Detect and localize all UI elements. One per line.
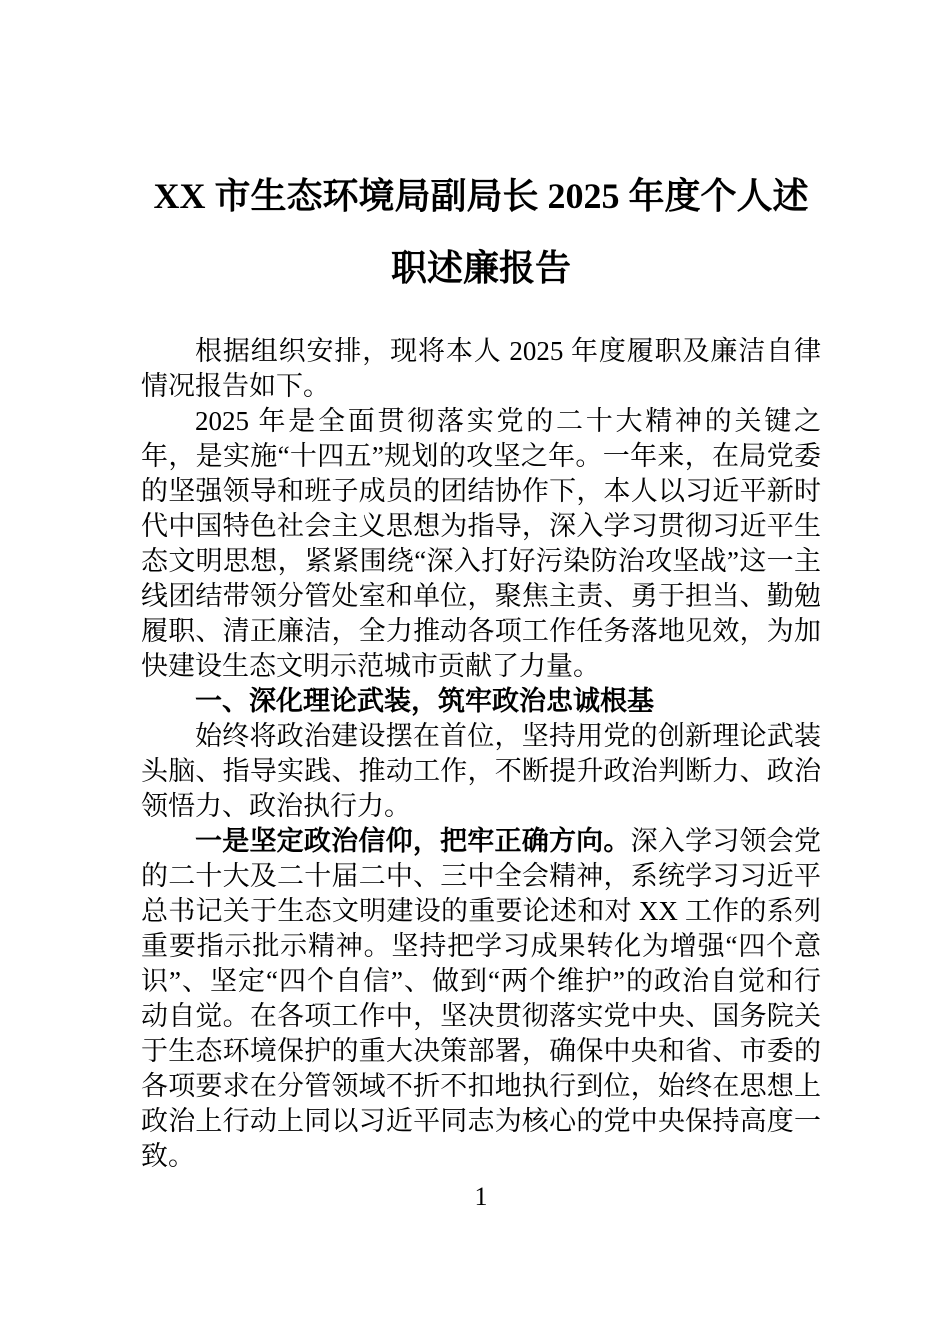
document-content: XX 市生态环境局副局长 2025 年度个人述职述廉报告 根据组织安排，现将本人… — [141, 0, 821, 1174]
page-number: 1 — [141, 1182, 821, 1212]
body-paragraph: 始终将政治建设摆在首位，坚持用党的创新理论武装头脑、指导实践、推动工作，不断提升… — [141, 719, 821, 824]
section-heading: 一、深化理论武装，筑牢政治忠诚根基 — [141, 684, 821, 719]
body-paragraph: 一是坚定政治信仰，把牢正确方向。深入学习领会党的二十大及二十届二中、三中全会精神… — [141, 824, 821, 1174]
paragraph-bold-lead: 一是坚定政治信仰，把牢正确方向。 — [195, 826, 631, 856]
document-title: XX 市生态环境局副局长 2025 年度个人述职述廉报告 — [141, 160, 821, 304]
body-paragraph: 根据组织安排，现将本人 2025 年度履职及廉洁自律情况报告如下。 — [141, 334, 821, 404]
document-page: XX 市生态环境局副局长 2025 年度个人述职述廉报告 根据组织安排，现将本人… — [0, 0, 950, 1344]
document-body: 根据组织安排，现将本人 2025 年度履职及廉洁自律情况报告如下。2025 年是… — [141, 334, 821, 1174]
body-paragraph: 2025 年是全面贯彻落实党的二十大精神的关键之年，是实施“十四五”规划的攻坚之… — [141, 404, 821, 684]
